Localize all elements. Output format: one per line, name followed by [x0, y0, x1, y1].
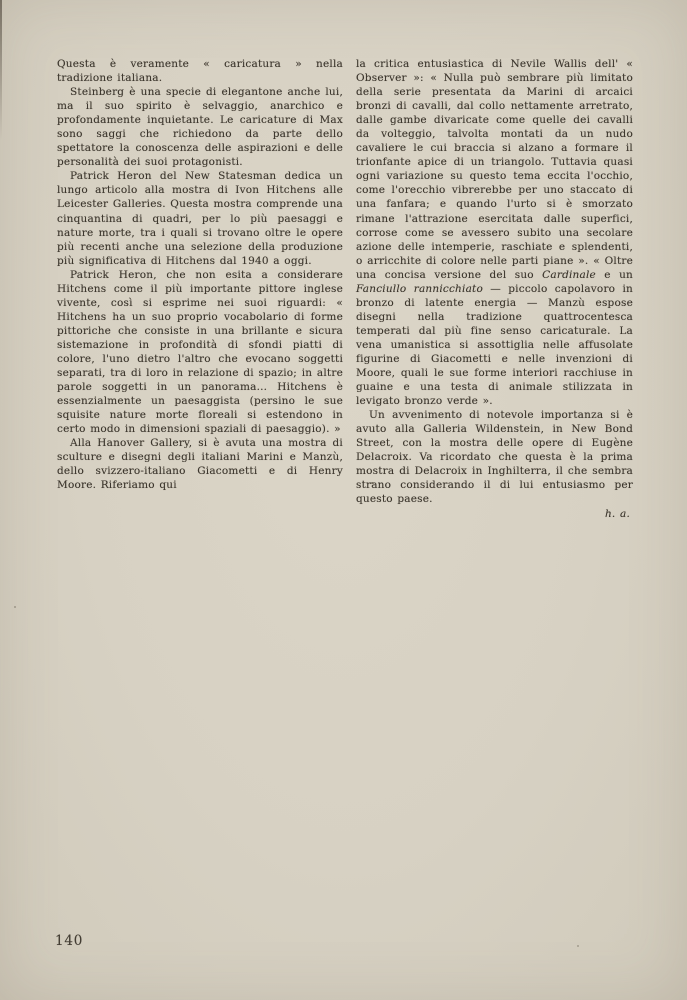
- text-run: e un: [596, 269, 633, 281]
- paragraph: la critica entusiastica di Nevile Wallis…: [356, 57, 633, 408]
- paragraph: Alla Hanover Gallery, si è avuta una mos…: [57, 436, 343, 492]
- scan-edge-shadow: [0, 0, 2, 140]
- paragraph: Steinberg è una specie di elegantone anc…: [57, 85, 343, 169]
- text-run: Un avvenimento di notevole importanza si…: [356, 409, 633, 505]
- page-number: 140: [55, 933, 83, 949]
- text-run: Questa è veramente « caricatura » nella …: [57, 58, 343, 84]
- text-run: Steinberg è una specie di elegantone anc…: [57, 86, 343, 168]
- text-run: Alla Hanover Gallery, si è avuta una mos…: [57, 437, 343, 491]
- paragraph: Patrick Heron, che non esita a considera…: [57, 268, 343, 437]
- author-initials: h. a.: [356, 507, 633, 521]
- paper-speck: [371, 482, 374, 484]
- italic-text-run: Cardinale: [542, 269, 596, 281]
- left-column-text: Questa è veramente « caricatura » nella …: [57, 57, 343, 492]
- text-run: Patrick Heron, che non esita a considera…: [57, 269, 343, 436]
- right-column: la critica entusiastica di Nevile Wallis…: [356, 57, 633, 521]
- text-run: la critica entusiastica di Nevile Wallis…: [356, 58, 633, 281]
- text-run: — piccolo capolavoro in bronzo di latent…: [356, 283, 633, 407]
- paper-speck: [577, 945, 579, 947]
- paragraph: Un avvenimento di notevole importanza si…: [356, 408, 633, 506]
- paragraph: Questa è veramente « caricatura » nella …: [57, 57, 343, 85]
- text-run: Patrick Heron del New Statesman dedica u…: [57, 170, 343, 266]
- paper-speck: [14, 606, 16, 608]
- left-column: Questa è veramente « caricatura » nella …: [57, 57, 343, 492]
- italic-text-run: Fanciullo rannicchiato: [356, 283, 483, 295]
- paragraph: Patrick Heron del New Statesman dedica u…: [57, 169, 343, 267]
- right-column-text: la critica entusiastica di Nevile Wallis…: [356, 57, 633, 507]
- magazine-page: Questa è veramente « caricatura » nella …: [0, 0, 687, 1000]
